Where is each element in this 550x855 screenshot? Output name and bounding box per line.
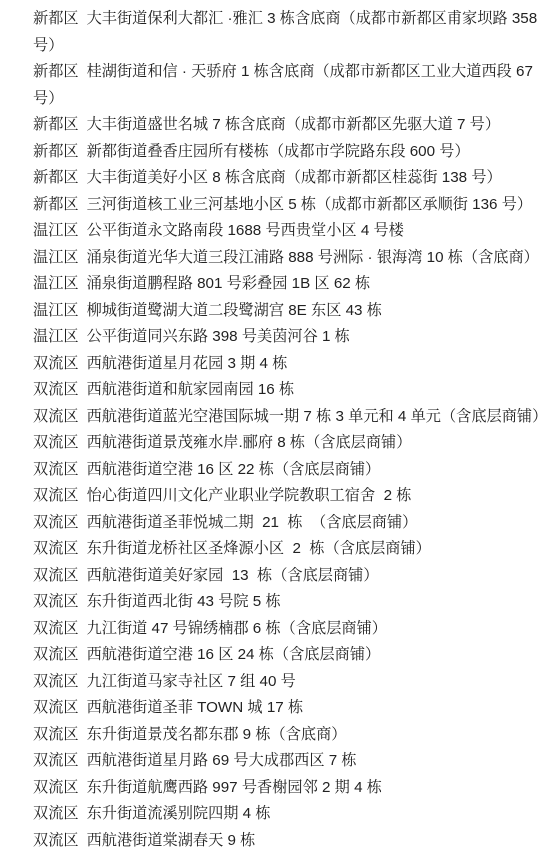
address-text: 东升街道西北街 43 号院 5 栋 <box>87 593 281 610</box>
list-item: 双流区西航港街道和航家园南园 16 栋 <box>33 377 550 404</box>
list-item: 双流区东升街道流溪别院四期 4 栋 <box>33 801 550 828</box>
list-item: 新都区三河街道核工业三河基地小区 5 栋（成都市新都区承顺街 136 号） <box>33 192 550 219</box>
list-item: 双流区西航港街道星月路 69 号大成郡西区 7 栋 <box>33 748 550 775</box>
list-item: 双流区西航港街道景茂雍水岸.郦府 8 栋（含底层商铺） <box>33 430 550 457</box>
list-item: 新都区桂湖街道和信 · 天骄府 1 栋含底商（成都市新都区工业大道西段 67 号… <box>33 59 550 112</box>
district-label: 双流区 <box>33 461 79 478</box>
list-item: 双流区东升街道龙桥社区圣烽源小区 2 栋（含底层商铺） <box>33 536 550 563</box>
district-label: 双流区 <box>33 646 79 663</box>
district-label: 双流区 <box>33 832 79 849</box>
address-text: 西航港街道美好家园 13 栋（含底层商铺） <box>87 567 379 584</box>
district-label: 新都区 <box>33 196 79 213</box>
district-label: 双流区 <box>33 779 79 796</box>
list-item: 双流区西航港街道圣菲悦城二期 21 栋 （含底层商铺） <box>33 510 550 537</box>
address-text: 新都街道叠香庄园所有楼栋（成都市学院路东段 600 号） <box>87 143 470 160</box>
address-text: 九江街道 47 号锦绣楠郡 6 栋（含底层商铺） <box>87 620 387 637</box>
district-label: 温江区 <box>33 275 79 292</box>
list-item: 温江区涌泉街道鹏程路 801 号彩叠园 1B 区 62 栋 <box>33 271 550 298</box>
address-text: 西航港街道星月花园 3 期 4 栋 <box>87 355 288 372</box>
address-text: 大丰街道保利大都汇 ·雅汇 3 栋含底商（成都市新都区甫家坝路 358 号） <box>33 10 541 54</box>
address-text: 公平街道同兴东路 398 号美茵河谷 1 栋 <box>87 328 350 345</box>
address-text: 涌泉街道光华大道三段江浦路 888 号洲际 · 银海湾 10 栋（含底商） <box>87 249 539 266</box>
list-item: 双流区西航港街道圣菲 TOWN 城 17 栋 <box>33 695 550 722</box>
address-text: 大丰街道盛世名城 7 栋含底商（成都市新都区先驱大道 7 号） <box>87 116 500 133</box>
list-item: 新都区大丰街道盛世名城 7 栋含底商（成都市新都区先驱大道 7 号） <box>33 112 550 139</box>
address-text: 柳城街道鹭湖大道二段鹭湖宫 8E 东区 43 栋 <box>87 302 382 319</box>
list-item: 双流区西航港街道蓝光空港国际城一期 7 栋 3 单元和 4 单元（含底层商铺） <box>33 404 550 431</box>
list-item: 新都区大丰街道保利大都汇 ·雅汇 3 栋含底商（成都市新都区甫家坝路 358 号… <box>33 6 550 59</box>
address-text: 大丰街道美好小区 8 栋含底商（成都市新都区桂蕊街 138 号） <box>87 169 502 186</box>
district-label: 双流区 <box>33 593 79 610</box>
address-text: 桂湖街道和信 · 天骄府 1 栋含底商（成都市新都区工业大道西段 67 号） <box>33 63 537 107</box>
district-label: 双流区 <box>33 567 79 584</box>
district-label: 温江区 <box>33 249 79 266</box>
list-item: 温江区公平街道永文路南段 1688 号西贵堂小区 4 号楼 <box>33 218 550 245</box>
address-text: 西航港街道景茂雍水岸.郦府 8 栋（含底层商铺） <box>87 434 412 451</box>
document-page: 新都区大丰街道保利大都汇 ·雅汇 3 栋含底商（成都市新都区甫家坝路 358 号… <box>0 0 550 855</box>
address-text: 公平街道永文路南段 1688 号西贵堂小区 4 号楼 <box>87 222 404 239</box>
district-label: 双流区 <box>33 805 79 822</box>
list-item: 双流区西航港街道空港 16 区 24 栋（含底层商铺） <box>33 642 550 669</box>
district-label: 双流区 <box>33 620 79 637</box>
address-text: 西航港街道圣菲 TOWN 城 17 栋 <box>87 699 304 716</box>
district-label: 双流区 <box>33 540 79 557</box>
district-label: 新都区 <box>33 169 79 186</box>
district-label: 双流区 <box>33 726 79 743</box>
list-item: 双流区西航港街道美好家园 13 栋（含底层商铺） <box>33 563 550 590</box>
address-text: 西航港街道空港 16 区 24 栋（含底层商铺） <box>87 646 381 663</box>
address-text: 东升街道景茂名都东郡 9 栋（含底商） <box>87 726 347 743</box>
list-item: 温江区涌泉街道光华大道三段江浦路 888 号洲际 · 银海湾 10 栋（含底商） <box>33 245 550 272</box>
list-item: 双流区西航港街道星月花园 3 期 4 栋 <box>33 351 550 378</box>
district-label: 温江区 <box>33 328 79 345</box>
list-item: 双流区怡心街道四川文化产业职业学院教职工宿舍 2 栋 <box>33 483 550 510</box>
district-label: 双流区 <box>33 699 79 716</box>
address-text: 西航港街道星月路 69 号大成郡西区 7 栋 <box>87 752 357 769</box>
district-label: 新都区 <box>33 10 79 27</box>
list-item: 新都区大丰街道美好小区 8 栋含底商（成都市新都区桂蕊街 138 号） <box>33 165 550 192</box>
address-text: 涌泉街道鹏程路 801 号彩叠园 1B 区 62 栋 <box>87 275 371 292</box>
address-text: 西航港街道棠湖春天 9 栋 <box>87 832 256 849</box>
list-item: 双流区西航港街道棠湖春天 9 栋 <box>33 828 550 855</box>
address-text: 西航港街道圣菲悦城二期 21 栋 （含底层商铺） <box>87 514 418 531</box>
list-item: 温江区柳城街道鹭湖大道二段鹭湖宫 8E 东区 43 栋 <box>33 298 550 325</box>
address-text: 九江街道马家寺社区 7 组 40 号 <box>87 673 296 690</box>
address-text: 东升街道龙桥社区圣烽源小区 2 栋（含底层商铺） <box>87 540 431 557</box>
list-item: 新都区新都街道叠香庄园所有楼栋（成都市学院路东段 600 号） <box>33 139 550 166</box>
list-item: 双流区西航港街道空港 16 区 22 栋（含底层商铺） <box>33 457 550 484</box>
district-label: 温江区 <box>33 222 79 239</box>
district-label: 双流区 <box>33 752 79 769</box>
district-label: 双流区 <box>33 355 79 372</box>
address-text: 三河街道核工业三河基地小区 5 栋（成都市新都区承顺街 136 号） <box>87 196 533 213</box>
address-text: 东升街道航鹰西路 997 号香榭园邻 2 期 4 栋 <box>87 779 382 796</box>
district-label: 温江区 <box>33 302 79 319</box>
address-text: 西航港街道和航家园南园 16 栋 <box>87 381 295 398</box>
district-label: 双流区 <box>33 514 79 531</box>
list-item: 双流区九江街道马家寺社区 7 组 40 号 <box>33 669 550 696</box>
district-label: 新都区 <box>33 63 79 80</box>
district-label: 双流区 <box>33 434 79 451</box>
address-list: 新都区大丰街道保利大都汇 ·雅汇 3 栋含底商（成都市新都区甫家坝路 358 号… <box>33 6 550 854</box>
address-text: 西航港街道蓝光空港国际城一期 7 栋 3 单元和 4 单元（含底层商铺） <box>87 408 548 425</box>
address-text: 怡心街道四川文化产业职业学院教职工宿舍 2 栋 <box>87 487 412 504</box>
district-label: 双流区 <box>33 408 79 425</box>
district-label: 新都区 <box>33 143 79 160</box>
district-label: 双流区 <box>33 673 79 690</box>
list-item: 双流区东升街道西北街 43 号院 5 栋 <box>33 589 550 616</box>
list-item: 温江区公平街道同兴东路 398 号美茵河谷 1 栋 <box>33 324 550 351</box>
list-item: 双流区东升街道景茂名都东郡 9 栋（含底商） <box>33 722 550 749</box>
address-text: 西航港街道空港 16 区 22 栋（含底层商铺） <box>87 461 381 478</box>
district-label: 双流区 <box>33 381 79 398</box>
list-item: 双流区九江街道 47 号锦绣楠郡 6 栋（含底层商铺） <box>33 616 550 643</box>
list-item: 双流区东升街道航鹰西路 997 号香榭园邻 2 期 4 栋 <box>33 775 550 802</box>
address-text: 东升街道流溪别院四期 4 栋 <box>87 805 271 822</box>
district-label: 新都区 <box>33 116 79 133</box>
district-label: 双流区 <box>33 487 79 504</box>
